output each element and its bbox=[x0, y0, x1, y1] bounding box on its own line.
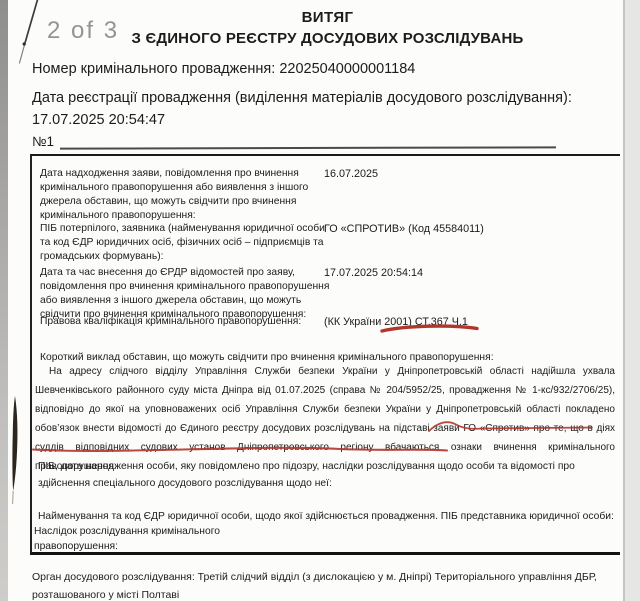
suspect-info-row: ПІБ, дата народження особи, яку повідомл… bbox=[38, 458, 614, 492]
row-value: (КК України 2001) СТ.367 Ч.1 bbox=[324, 315, 614, 329]
row-value: 16.07.2025 bbox=[324, 167, 614, 181]
row-label: Дата надходження заяви, повідомлення про… bbox=[40, 167, 330, 223]
document-title: ВИТЯГ bbox=[130, 9, 525, 26]
record-number: №1 bbox=[32, 134, 54, 149]
row-value: ГО «СПРОТИВ» (Код 45584011) bbox=[324, 222, 614, 236]
page-indicator: 2 of 3 bbox=[47, 17, 119, 45]
pen-scratch bbox=[20, 0, 39, 63]
ink-smudge bbox=[12, 396, 17, 504]
document-subtitle: З ЄДИНОГО РЕЄСТРУ ДОСУДОВИХ РОЗСЛІДУВАНЬ bbox=[130, 30, 525, 47]
registration-date-line: Дата реєстрації провадження (виділення м… bbox=[32, 88, 600, 131]
investigation-body-line: Орган досудового розслідування: Третій с… bbox=[32, 569, 624, 601]
record-rule bbox=[60, 146, 556, 149]
row-label: Правова кваліфікація кримінального право… bbox=[40, 315, 330, 329]
legal-entity-row: Найменування та код ЄДР юридичної особи,… bbox=[38, 511, 622, 522]
page-edge-right bbox=[623, 0, 640, 601]
page-edge-left bbox=[0, 0, 8, 601]
document-header: ВИТЯГ З ЄДИНОГО РЕЄСТРУ ДОСУДОВИХ РОЗСЛІ… bbox=[130, 9, 525, 47]
extract-table: Дата надходження заяви, повідомлення про… bbox=[30, 154, 620, 555]
row-label: ПІБ потерпілого, заявника (найменування … bbox=[40, 222, 330, 264]
document-page: 2 of 3 ВИТЯГ З ЄДИНОГО РЕЄСТРУ ДОСУДОВИХ… bbox=[0, 0, 640, 601]
result-row: Наслідок розслідування кримінального пра… bbox=[34, 525, 244, 554]
row-value: 17.07.2025 20:54:14 bbox=[324, 266, 614, 280]
row-label: Дата та час внесення до ЄРДР відомостей … bbox=[40, 266, 330, 322]
case-number-line: Номер кримінального провадження: 2202504… bbox=[32, 61, 415, 77]
